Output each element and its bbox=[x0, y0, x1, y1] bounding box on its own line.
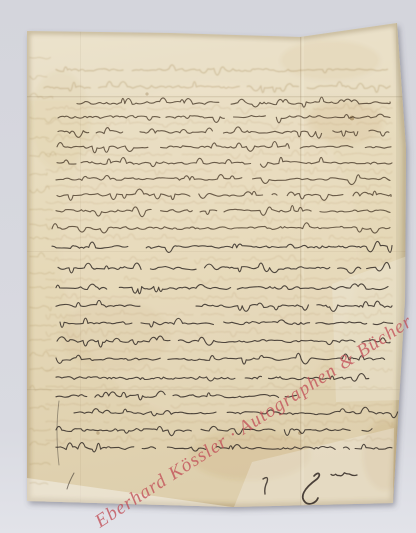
vertical-crease bbox=[300, 23, 301, 508]
horizontal-crease bbox=[27, 96, 407, 97]
fox-spot bbox=[96, 431, 99, 434]
stain bbox=[280, 40, 380, 80]
vertical-crease-highlight bbox=[302, 23, 305, 508]
fox-spot bbox=[145, 92, 148, 95]
horizontal-crease bbox=[27, 251, 407, 252]
letter-scan: Eberhard Kössler · Autographen & Bücher bbox=[0, 0, 416, 533]
scanned-letter-photo: Eberhard Kössler · Autographen & Bücher bbox=[0, 0, 416, 533]
vertical-crease bbox=[80, 31, 81, 503]
